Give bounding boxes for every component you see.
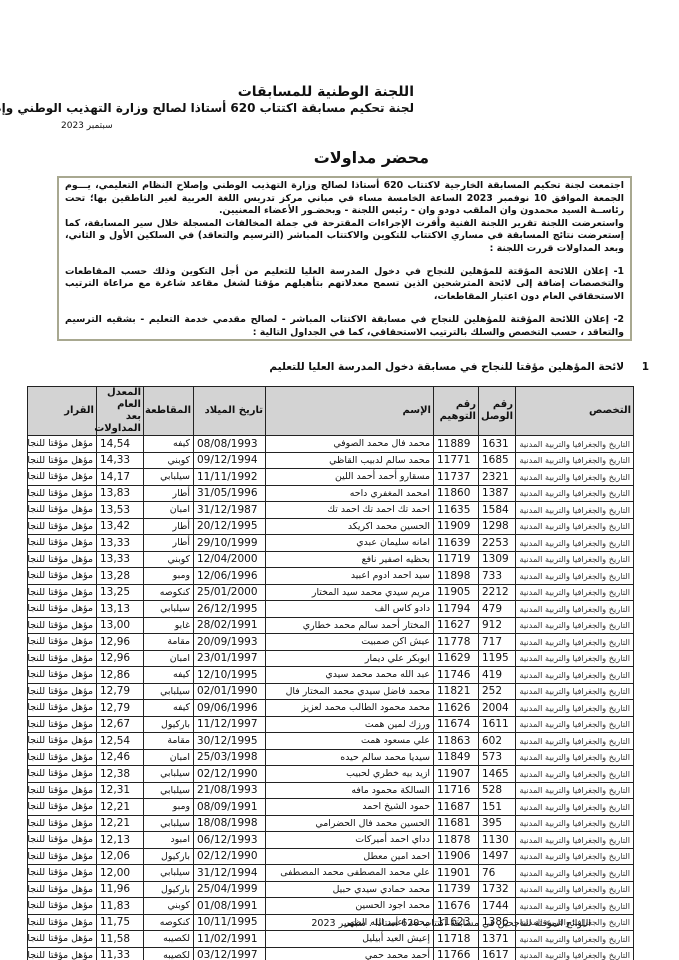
specialty-cell: التاريخ والجغرافيا والتربية المدنية bbox=[516, 832, 634, 849]
average-cell: 13,53 bbox=[97, 502, 144, 519]
minutes-paragraph-2: واستعرضت اللجنة تقرير اللجنة الفنية وأقر… bbox=[65, 218, 624, 256]
decision-cell: مؤهل مؤقتا للنجاح bbox=[28, 782, 97, 799]
receipt-cell: 1732 bbox=[479, 881, 516, 898]
table-row: التاريخ والجغرافيا والتربية المدنية13871… bbox=[28, 485, 634, 502]
district-cell: كيفه bbox=[144, 667, 194, 684]
receipt-cell: 1371 bbox=[479, 931, 516, 948]
receipt-cell: 1465 bbox=[479, 766, 516, 783]
dob-cell: 31/12/1994 bbox=[194, 865, 266, 882]
name-cell: احمد تك احمد تك احمد تك bbox=[266, 502, 434, 519]
receipt-cell: 252 bbox=[479, 683, 516, 700]
code-cell: 11907 bbox=[434, 766, 479, 783]
decision-cell: مؤهل مؤقتا للنجاح bbox=[28, 766, 97, 783]
average-cell: 13,83 bbox=[97, 485, 144, 502]
name-cell: دادو كاس الف bbox=[266, 601, 434, 618]
name-cell: سيد احمد ادوم اعبيد bbox=[266, 568, 434, 585]
table-row: التاريخ والجغرافيا والتربية المدنية12981… bbox=[28, 518, 634, 535]
name-cell: أحمد محمد حمي bbox=[266, 947, 434, 960]
code-cell: 11681 bbox=[434, 815, 479, 832]
name-cell: مريم سيدي محمد سيد المختار bbox=[266, 584, 434, 601]
district-cell: سيلبابي bbox=[144, 815, 194, 832]
table-row: التاريخ والجغرافيا والتربية المدنية13091… bbox=[28, 551, 634, 568]
name-cell: الحسين محمد فال الحضرامي bbox=[266, 815, 434, 832]
specialty-cell: التاريخ والجغرافيا والتربية المدنية bbox=[516, 667, 634, 684]
receipt-cell: 2253 bbox=[479, 535, 516, 552]
district-cell: سيلبابي bbox=[144, 766, 194, 783]
name-cell: محمد فاضل سيدي محمد المختار فال bbox=[266, 683, 434, 700]
table-row: التاريخ والجغرافيا والتربية المدنية22531… bbox=[28, 535, 634, 552]
decision-cell: مؤهل مؤقتا للنجاح bbox=[28, 947, 97, 960]
name-cell: مسقارو أحمد أحمد اللين bbox=[266, 469, 434, 486]
decision-cell: مؤهل مؤقتا للنجاح bbox=[28, 650, 97, 667]
table-row: التاريخ والجغرافيا والتربية المدنية73311… bbox=[28, 568, 634, 585]
name-cell: امحمد المغفري داحه bbox=[266, 485, 434, 502]
average-cell: 12,38 bbox=[97, 766, 144, 783]
average-cell: 12,67 bbox=[97, 716, 144, 733]
dob-cell: 23/01/1997 bbox=[194, 650, 266, 667]
name-cell: محمد حمادي سيدي حبيل bbox=[266, 881, 434, 898]
code-cell: 11889 bbox=[434, 436, 479, 453]
section-number: 1 bbox=[642, 361, 649, 373]
district-cell: كيفه bbox=[144, 700, 194, 717]
table-row: التاريخ والجغرافيا والتربية المدنية41911… bbox=[28, 667, 634, 684]
name-cell: عبد الله محمد محمد سيدي bbox=[266, 667, 434, 684]
section-title: لائحة المؤهلين مؤقتا للنجاح في مسابقة دخ… bbox=[269, 361, 624, 373]
decision-cell: مؤهل مؤقتا للنجاح bbox=[28, 518, 97, 535]
decision-cell: مؤهل مؤقتا للنجاح bbox=[28, 898, 97, 915]
name-cell: محمد محمود الطالب محمد لعزيز bbox=[266, 700, 434, 717]
org-name: اللجنة الوطنية للمسابقات bbox=[238, 84, 414, 100]
decision-cell: مؤهل مؤقتا للنجاح bbox=[28, 452, 97, 469]
dob-cell: 18/08/1998 bbox=[194, 815, 266, 832]
table-row: التاريخ والجغرافيا والتربية المدنية16311… bbox=[28, 436, 634, 453]
receipt-cell: 528 bbox=[479, 782, 516, 799]
table-row: التاريخ والجغرافيا والتربية المدنية11301… bbox=[28, 832, 634, 849]
district-cell: ومبو bbox=[144, 568, 194, 585]
specialty-cell: التاريخ والجغرافيا والتربية المدنية bbox=[516, 617, 634, 634]
average-cell: 13,33 bbox=[97, 535, 144, 552]
dob-cell: 02/01/1990 bbox=[194, 683, 266, 700]
name-cell: السالكة محمود مافه bbox=[266, 782, 434, 799]
code-cell: 11737 bbox=[434, 469, 479, 486]
receipt-cell: 1744 bbox=[479, 898, 516, 915]
specialty-cell: التاريخ والجغرافيا والتربية المدنية bbox=[516, 848, 634, 865]
code-cell: 11821 bbox=[434, 683, 479, 700]
decision-cell: مؤهل مؤقتا للنجاح bbox=[28, 584, 97, 601]
dob-cell: 02/12/1990 bbox=[194, 848, 266, 865]
name-cell: إعيش العيد أبيليل bbox=[266, 931, 434, 948]
table-row: التاريخ والجغرافيا والتربية المدنية16851… bbox=[28, 452, 634, 469]
code-cell: 11746 bbox=[434, 667, 479, 684]
decision-cell: مؤهل مؤقتا للنجاح bbox=[28, 535, 97, 552]
dob-cell: 20/12/1995 bbox=[194, 518, 266, 535]
code-cell: 11863 bbox=[434, 733, 479, 750]
specialty-cell: التاريخ والجغرافيا والتربية المدنية bbox=[516, 634, 634, 651]
average-cell: 12,96 bbox=[97, 634, 144, 651]
district-cell: باركيول bbox=[144, 881, 194, 898]
specialty-cell: التاريخ والجغرافيا والتربية المدنية bbox=[516, 733, 634, 750]
district-cell: كنكوصه bbox=[144, 584, 194, 601]
receipt-cell: 2004 bbox=[479, 700, 516, 717]
code-cell: 11687 bbox=[434, 799, 479, 816]
name-cell: سيديا محمد سالم حيده bbox=[266, 749, 434, 766]
table-row: التاريخ والجغرافيا والتربية المدنية39511… bbox=[28, 815, 634, 832]
specialty-cell: التاريخ والجغرافيا والتربية المدنية bbox=[516, 502, 634, 519]
district-cell: مقامة bbox=[144, 634, 194, 651]
receipt-cell: 733 bbox=[479, 568, 516, 585]
dob-cell: 25/04/1999 bbox=[194, 881, 266, 898]
decision-cell: مؤهل مؤقتا للنجاح bbox=[28, 865, 97, 882]
decision-cell: مؤهل مؤقتا للنجاح bbox=[28, 634, 97, 651]
average-cell: 12,21 bbox=[97, 799, 144, 816]
table-row: التاريخ والجغرافيا والتربية المدنية91211… bbox=[28, 617, 634, 634]
receipt-cell: 1611 bbox=[479, 716, 516, 733]
decision-cell: مؤهل مؤقتا للنجاح bbox=[28, 700, 97, 717]
committee-name: لجنة تحكيم مسابقة اكتتاب 620 أستاذا لصال… bbox=[0, 101, 414, 115]
specialty-cell: التاريخ والجغرافيا والتربية المدنية bbox=[516, 815, 634, 832]
name-cell: المختار أحمد سالم محمد خطاري bbox=[266, 617, 434, 634]
header-date: سبتمبر 2023 bbox=[61, 121, 113, 131]
dob-cell: 21/08/1993 bbox=[194, 782, 266, 799]
table-row: التاريخ والجغرافيا والتربية المدنية23211… bbox=[28, 469, 634, 486]
district-cell: سيلبابي bbox=[144, 601, 194, 618]
name-cell: ازيد بيه خطري لحبيب bbox=[266, 766, 434, 783]
decision-cell: مؤهل مؤقتا للنجاح bbox=[28, 749, 97, 766]
table-row: التاريخ والجغرافيا والتربية المدنية15841… bbox=[28, 502, 634, 519]
receipt-cell: 479 bbox=[479, 601, 516, 618]
table-row: التاريخ والجغرافيا والتربية المدنية17321… bbox=[28, 881, 634, 898]
district-cell: لكصيبه bbox=[144, 931, 194, 948]
col-header-specialty: التخصص bbox=[516, 387, 634, 436]
decision-item-2: 2- إعلان اللائحة المؤقتة للمؤهلين للنجاح… bbox=[65, 314, 624, 339]
code-cell: 11909 bbox=[434, 518, 479, 535]
specialty-cell: التاريخ والجغرافيا والتربية المدنية bbox=[516, 898, 634, 915]
average-cell: 12,21 bbox=[97, 815, 144, 832]
table-row: التاريخ والجغرافيا والتربية المدنية14651… bbox=[28, 766, 634, 783]
decision-cell: مؤهل مؤقتا للنجاح bbox=[28, 667, 97, 684]
code-cell: 11674 bbox=[434, 716, 479, 733]
receipt-cell: 912 bbox=[479, 617, 516, 634]
table-row: التاريخ والجغرافيا والتربية المدنية16111… bbox=[28, 716, 634, 733]
col-header-receipt: رقم الوصل bbox=[479, 387, 516, 436]
average-cell: 11,33 bbox=[97, 947, 144, 960]
col-header-dob: تاريخ الميلاد bbox=[194, 387, 266, 436]
code-cell: 11878 bbox=[434, 832, 479, 849]
receipt-cell: 1309 bbox=[479, 551, 516, 568]
average-cell: 12,31 bbox=[97, 782, 144, 799]
code-cell: 11794 bbox=[434, 601, 479, 618]
decision-cell: مؤهل مؤقتا للنجاح bbox=[28, 733, 97, 750]
code-cell: 11716 bbox=[434, 782, 479, 799]
dob-cell: 03/12/1997 bbox=[194, 947, 266, 960]
receipt-cell: 1130 bbox=[479, 832, 516, 849]
district-cell: سيلبابي bbox=[144, 683, 194, 700]
table-row: التاريخ والجغرافيا والتربية المدنية15111… bbox=[28, 799, 634, 816]
district-cell: امبان bbox=[144, 502, 194, 519]
average-cell: 13,13 bbox=[97, 601, 144, 618]
name-cell: احمد امين معطل bbox=[266, 848, 434, 865]
table-row: التاريخ والجغرافيا والتربية المدنية76119… bbox=[28, 865, 634, 882]
code-cell: 11898 bbox=[434, 568, 479, 585]
col-header-code: رقم التوهيم bbox=[434, 387, 479, 436]
table-row: التاريخ والجغرافيا والتربية المدنية47911… bbox=[28, 601, 634, 618]
code-cell: 11635 bbox=[434, 502, 479, 519]
code-cell: 11906 bbox=[434, 848, 479, 865]
dob-cell: 12/06/1996 bbox=[194, 568, 266, 585]
district-cell: أطار bbox=[144, 535, 194, 552]
table-row: التاريخ والجغرافيا والتربية المدنية14971… bbox=[28, 848, 634, 865]
name-cell: علي محمد المصطفى محمد المصطفى bbox=[266, 865, 434, 882]
average-cell: 12,46 bbox=[97, 749, 144, 766]
average-cell: 11,58 bbox=[97, 931, 144, 948]
code-cell: 11718 bbox=[434, 931, 479, 948]
table-row: التاريخ والجغرافيا والتربية المدنية13711… bbox=[28, 931, 634, 948]
decision-cell: مؤهل مؤقتا للنجاح bbox=[28, 469, 97, 486]
specialty-cell: التاريخ والجغرافيا والتربية المدنية bbox=[516, 782, 634, 799]
receipt-cell: 573 bbox=[479, 749, 516, 766]
receipt-cell: 151 bbox=[479, 799, 516, 816]
district-cell: غابو bbox=[144, 617, 194, 634]
decision-cell: مؤهل مؤقتا للنجاح bbox=[28, 485, 97, 502]
specialty-cell: التاريخ والجغرافيا والتربية المدنية bbox=[516, 518, 634, 535]
decision-cell: مؤهل مؤقتا للنجاح bbox=[28, 799, 97, 816]
specialty-cell: التاريخ والجغرافيا والتربية المدنية bbox=[516, 683, 634, 700]
results-table: التخصص رقم الوصل رقم التوهيم الإسم تاريخ… bbox=[27, 386, 634, 960]
specialty-cell: التاريخ والجغرافيا والتربية المدنية bbox=[516, 700, 634, 717]
minutes-box: اجتمعت لجنة تحكيم المسابقة الخارجية لاكت… bbox=[57, 176, 632, 341]
table-row: التاريخ والجغرافيا والتربية المدنية57311… bbox=[28, 749, 634, 766]
dob-cell: 30/12/1995 bbox=[194, 733, 266, 750]
table-body: التاريخ والجغرافيا والتربية المدنية16311… bbox=[28, 436, 634, 960]
dob-cell: 25/01/2000 bbox=[194, 584, 266, 601]
receipt-cell: 1387 bbox=[479, 485, 516, 502]
district-cell: امبان bbox=[144, 650, 194, 667]
average-cell: 12,54 bbox=[97, 733, 144, 750]
average-cell: 12,00 bbox=[97, 865, 144, 882]
receipt-cell: 2212 bbox=[479, 584, 516, 601]
receipt-cell: 1617 bbox=[479, 947, 516, 960]
name-cell: محمد سالم لدبيب القاظي bbox=[266, 452, 434, 469]
receipt-cell: 1497 bbox=[479, 848, 516, 865]
dob-cell: 11/11/1992 bbox=[194, 469, 266, 486]
specialty-cell: التاريخ والجغرافيا والتربية المدنية bbox=[516, 799, 634, 816]
table-header-row: التخصص رقم الوصل رقم التوهيم الإسم تاريخ… bbox=[28, 387, 634, 436]
code-cell: 11629 bbox=[434, 650, 479, 667]
district-cell: كوبني bbox=[144, 551, 194, 568]
average-cell: 12,96 bbox=[97, 650, 144, 667]
dob-cell: 11/02/1991 bbox=[194, 931, 266, 948]
receipt-cell: 2321 bbox=[479, 469, 516, 486]
specialty-cell: التاريخ والجغرافيا والتربية المدنية bbox=[516, 469, 634, 486]
receipt-cell: 419 bbox=[479, 667, 516, 684]
code-cell: 11901 bbox=[434, 865, 479, 882]
district-cell: سيلبابي bbox=[144, 865, 194, 882]
specialty-cell: التاريخ والجغرافيا والتربية المدنية bbox=[516, 436, 634, 453]
district-cell: سيلبابي bbox=[144, 469, 194, 486]
receipt-cell: 1195 bbox=[479, 650, 516, 667]
minutes-paragraph-1: اجتمعت لجنة تحكيم المسابقة الخارجية لاكت… bbox=[65, 180, 624, 218]
table-row: التاريخ والجغرافيا والتربية المدنية52811… bbox=[28, 782, 634, 799]
average-cell: 12,86 bbox=[97, 667, 144, 684]
average-cell: 11,96 bbox=[97, 881, 144, 898]
average-cell: 12,79 bbox=[97, 683, 144, 700]
decision-cell: مؤهل مؤقتا للنجاح bbox=[28, 832, 97, 849]
code-cell: 11627 bbox=[434, 617, 479, 634]
name-cell: محمد فال محمد الصوفي bbox=[266, 436, 434, 453]
dob-cell: 31/05/1996 bbox=[194, 485, 266, 502]
average-cell: 14,33 bbox=[97, 452, 144, 469]
average-cell: 13,25 bbox=[97, 584, 144, 601]
section-heading: 1 لائحة المؤهلين مؤقتا للنجاح في مسابقة … bbox=[269, 361, 649, 373]
specialty-cell: التاريخ والجغرافيا والتربية المدنية bbox=[516, 568, 634, 585]
specialty-cell: التاريخ والجغرافيا والتربية المدنية bbox=[516, 716, 634, 733]
code-cell: 11849 bbox=[434, 749, 479, 766]
dob-cell: 09/12/1994 bbox=[194, 452, 266, 469]
name-cell: حمود الشيخ احمد bbox=[266, 799, 434, 816]
code-cell: 11719 bbox=[434, 551, 479, 568]
table-row: التاريخ والجغرافيا والتربية المدنية11951… bbox=[28, 650, 634, 667]
dob-cell: 10/11/1995 bbox=[194, 914, 266, 931]
specialty-cell: التاريخ والجغرافيا والتربية المدنية bbox=[516, 601, 634, 618]
district-cell: باركيول bbox=[144, 848, 194, 865]
decision-cell: مؤهل مؤقتا للنجاح bbox=[28, 436, 97, 453]
code-cell: 11766 bbox=[434, 947, 479, 960]
district-cell: كنكوصه bbox=[144, 914, 194, 931]
dob-cell: 20/09/1993 bbox=[194, 634, 266, 651]
table-row: التاريخ والجغرافيا والتربية المدنية25211… bbox=[28, 683, 634, 700]
decision-cell: مؤهل مؤقتا للنجاح bbox=[28, 601, 97, 618]
specialty-cell: التاريخ والجغرافيا والتربية المدنية bbox=[516, 485, 634, 502]
receipt-cell: 602 bbox=[479, 733, 516, 750]
receipt-cell: 1584 bbox=[479, 502, 516, 519]
table-row: التاريخ والجغرافيا والتربية المدنية60211… bbox=[28, 733, 634, 750]
name-cell: الحسين محمد اكريكد bbox=[266, 518, 434, 535]
specialty-cell: التاريخ والجغرافيا والتربية المدنية bbox=[516, 535, 634, 552]
code-cell: 11676 bbox=[434, 898, 479, 915]
specialty-cell: التاريخ والجغرافيا والتربية المدنية bbox=[516, 766, 634, 783]
decision-cell: مؤهل مؤقتا للنجاح bbox=[28, 502, 97, 519]
decision-cell: مؤهل مؤقتا للنجاح bbox=[28, 848, 97, 865]
code-cell: 11905 bbox=[434, 584, 479, 601]
code-cell: 11860 bbox=[434, 485, 479, 502]
dob-cell: 31/12/1987 bbox=[194, 502, 266, 519]
dob-cell: 11/12/1997 bbox=[194, 716, 266, 733]
dob-cell: 06/12/1993 bbox=[194, 832, 266, 849]
code-cell: 11739 bbox=[434, 881, 479, 898]
specialty-cell: التاريخ والجغرافيا والتربية المدنية bbox=[516, 865, 634, 882]
average-cell: 12,06 bbox=[97, 848, 144, 865]
code-cell: 11639 bbox=[434, 535, 479, 552]
average-cell: 14,17 bbox=[97, 469, 144, 486]
district-cell: لكصيبه bbox=[144, 947, 194, 960]
decision-item-1: 1- إعلان اللائحة المؤقتة للمؤهلين للنجاح… bbox=[65, 266, 624, 304]
dob-cell: 08/08/1993 bbox=[194, 436, 266, 453]
specialty-cell: التاريخ والجغرافيا والتربية المدنية bbox=[516, 947, 634, 960]
decision-cell: مؤهل مؤقتا للنجاح bbox=[28, 931, 97, 948]
average-cell: 11,75 bbox=[97, 914, 144, 931]
name-cell: بحظيه اصفير نافع bbox=[266, 551, 434, 568]
specialty-cell: التاريخ والجغرافيا والتربية المدنية bbox=[516, 650, 634, 667]
decision-cell: مؤهل مؤقتا للنجاح bbox=[28, 716, 97, 733]
receipt-cell: 1685 bbox=[479, 452, 516, 469]
district-cell: أطار bbox=[144, 518, 194, 535]
col-header-name: الإسم bbox=[266, 387, 434, 436]
dob-cell: 26/12/1995 bbox=[194, 601, 266, 618]
decision-cell: مؤهل مؤقتا للنجاح bbox=[28, 551, 97, 568]
district-cell: كوبني bbox=[144, 898, 194, 915]
table-row: التاريخ والجغرافيا والتربية المدنية71711… bbox=[28, 634, 634, 651]
dob-cell: 28/02/1991 bbox=[194, 617, 266, 634]
receipt-cell: 76 bbox=[479, 865, 516, 882]
specialty-cell: التاريخ والجغرافيا والتربية المدنية bbox=[516, 931, 634, 948]
specialty-cell: التاريخ والجغرافيا والتربية المدنية bbox=[516, 452, 634, 469]
receipt-cell: 1631 bbox=[479, 436, 516, 453]
decision-cell: مؤهل مؤقتا للنجاح bbox=[28, 683, 97, 700]
receipt-cell: 395 bbox=[479, 815, 516, 832]
specialty-cell: التاريخ والجغرافيا والتربية المدنية bbox=[516, 551, 634, 568]
table-row: التاريخ والجغرافيا والتربية المدنية16171… bbox=[28, 947, 634, 960]
name-cell: ابوبكر علي ديمار bbox=[266, 650, 434, 667]
dob-cell: 02/12/1990 bbox=[194, 766, 266, 783]
district-cell: كوبني bbox=[144, 452, 194, 469]
average-cell: 14,54 bbox=[97, 436, 144, 453]
col-header-district: المقاطعة bbox=[144, 387, 194, 436]
dob-cell: 09/06/1996 bbox=[194, 700, 266, 717]
table-row: التاريخ والجغرافيا والتربية المدنية22121… bbox=[28, 584, 634, 601]
name-cell: عيش اكن صمبيت bbox=[266, 634, 434, 651]
dob-cell: 12/10/1995 bbox=[194, 667, 266, 684]
average-cell: 11,83 bbox=[97, 898, 144, 915]
dob-cell: 08/09/1991 bbox=[194, 799, 266, 816]
district-cell: كيفه bbox=[144, 436, 194, 453]
code-cell: 11778 bbox=[434, 634, 479, 651]
code-cell: 11771 bbox=[434, 452, 479, 469]
average-cell: 13,33 bbox=[97, 551, 144, 568]
dob-cell: 25/03/1998 bbox=[194, 749, 266, 766]
average-cell: 12,79 bbox=[97, 700, 144, 717]
specialty-cell: التاريخ والجغرافيا والتربية المدنية bbox=[516, 881, 634, 898]
average-cell: 13,28 bbox=[97, 568, 144, 585]
district-cell: امبان bbox=[144, 749, 194, 766]
name-cell: محمد اجود الحسين bbox=[266, 898, 434, 915]
table-row: التاريخ والجغرافيا والتربية المدنية17441… bbox=[28, 898, 634, 915]
decision-cell: مؤهل مؤقتا للنجاح bbox=[28, 914, 97, 931]
district-cell: باركيول bbox=[144, 716, 194, 733]
name-cell: دداي احمد أميركات bbox=[266, 832, 434, 849]
receipt-cell: 717 bbox=[479, 634, 516, 651]
district-cell: امبود bbox=[144, 832, 194, 849]
dob-cell: 01/08/1991 bbox=[194, 898, 266, 915]
name-cell: علي مسعود همت bbox=[266, 733, 434, 750]
code-cell: 11626 bbox=[434, 700, 479, 717]
specialty-cell: التاريخ والجغرافيا والتربية المدنية bbox=[516, 749, 634, 766]
average-cell: 12,13 bbox=[97, 832, 144, 849]
page-title: محضر مداولات bbox=[314, 148, 429, 167]
decision-cell: مؤهل مؤقتا للنجاح bbox=[28, 617, 97, 634]
name-cell: امانه سليمان عبدي bbox=[266, 535, 434, 552]
average-cell: 13,42 bbox=[97, 518, 144, 535]
district-cell: أطار bbox=[144, 485, 194, 502]
district-cell: سيلبابي bbox=[144, 782, 194, 799]
average-cell: 13,00 bbox=[97, 617, 144, 634]
table-row: التاريخ والجغرافيا والتربية المدنية20041… bbox=[28, 700, 634, 717]
district-cell: ومبو bbox=[144, 799, 194, 816]
district-cell: مقامة bbox=[144, 733, 194, 750]
receipt-cell: 1298 bbox=[479, 518, 516, 535]
col-header-average: المعدل العام بعد المداولات bbox=[97, 387, 144, 436]
decision-cell: مؤهل مؤقتا للنجاح bbox=[28, 815, 97, 832]
name-cell: ورزك لمين همت bbox=[266, 716, 434, 733]
